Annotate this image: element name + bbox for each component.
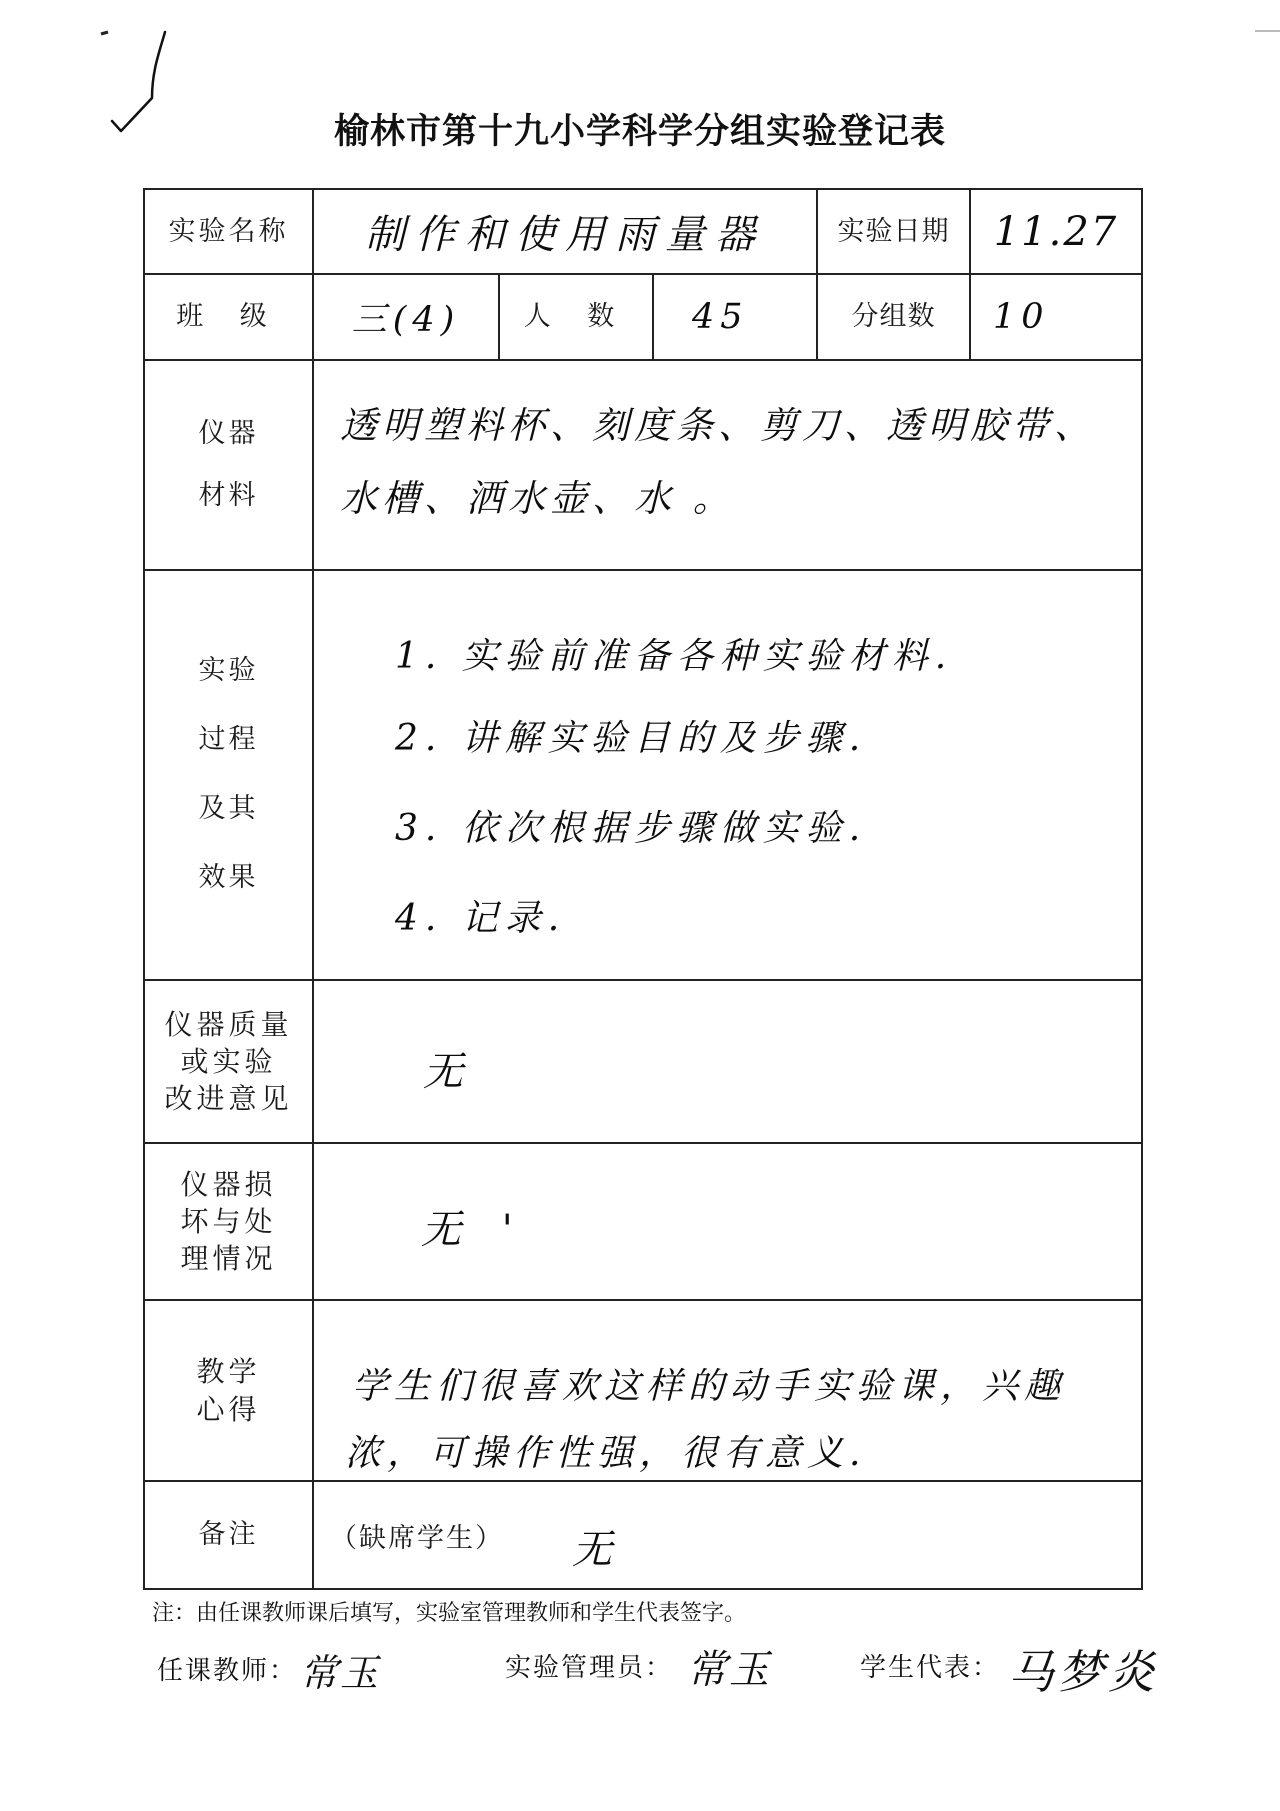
materials-label-line: 仪器 <box>199 403 259 465</box>
quality-label: 仪器质量 或实验 改进意见 <box>145 981 312 1142</box>
reflection-value-line1[interactable]: 学生们很喜欢这样的动手实验课，兴趣 <box>352 1358 1066 1409</box>
absent-students-value[interactable]: 无 <box>572 1518 612 1575</box>
experiment-name-value[interactable]: 制作和使用雨量器 <box>314 190 816 273</box>
quality-label-line: 仪器质量 <box>164 1006 292 1043</box>
process-label-line: 过程 <box>199 706 259 775</box>
damage-label: 仪器损 坏与处 理情况 <box>145 1144 312 1299</box>
footer-note: 注：由任课教师课后填写，实验室管理教师和学生代表签字。 <box>152 1596 746 1627</box>
class-value[interactable]: 三(4) <box>314 275 498 359</box>
process-step-2[interactable]: 2. 讲解实验目的及步骤. <box>395 710 867 761</box>
materials-label-line: 材料 <box>199 465 259 527</box>
reflection-value-line2[interactable]: 浓，可操作性强，很有意义. <box>345 1425 866 1476</box>
lab-admin-label: 实验管理员： <box>505 1647 673 1684</box>
groups-value[interactable]: 10 <box>971 275 1141 359</box>
damage-label-line: 坏与处 <box>180 1203 276 1240</box>
process-label: 实验 过程 及其 效果 <box>145 571 312 979</box>
student-rep-signature[interactable]: 马梦炎 <box>1008 1636 1158 1702</box>
process-label-line: 效果 <box>199 844 259 913</box>
materials-label: 仪器 材料 <box>145 361 312 569</box>
experiment-date-label: 实验日期 <box>818 190 969 273</box>
materials-value-line1[interactable]: 透明塑料杯、刻度条、剪刀、透明胶带、 <box>340 395 1096 449</box>
headcount-label: 人 数 <box>500 275 652 359</box>
groups-label: 分组数 <box>818 275 969 359</box>
quality-value[interactable]: 无 <box>423 1040 463 1097</box>
headcount-value[interactable]: 45 <box>654 275 816 359</box>
materials-value-line2[interactable]: 水槽、洒水壶、水 。 <box>340 468 735 522</box>
process-label-line: 及其 <box>199 775 259 844</box>
damage-value[interactable]: 无 ' <box>421 1198 527 1255</box>
page-title: 榆林市第十九小学科学分组实验登记表 <box>0 104 1280 154</box>
quality-label-line: 改进意见 <box>164 1080 292 1117</box>
damage-label-line: 仪器损 <box>180 1166 276 1203</box>
absent-students-label: （缺席学生） <box>330 1525 504 1552</box>
quality-label-line: 或实验 <box>180 1043 276 1080</box>
process-step-4[interactable]: 4. 记录. <box>395 890 566 941</box>
lab-admin-signature[interactable]: 常玉 <box>687 1638 771 1695</box>
experiment-name-label: 实验名称 <box>145 190 312 273</box>
reflection-label-line: 心得 <box>196 1391 260 1428</box>
process-step-3[interactable]: 3. 依次根据步骤做实验. <box>395 800 867 851</box>
student-rep-label: 学生代表： <box>860 1647 1000 1684</box>
remarks-label: 备注 <box>145 1482 312 1588</box>
teacher-label: 任课教师： <box>157 1650 297 1687</box>
process-step-1[interactable]: 1. 实验前准备各种实验材料. <box>395 628 953 679</box>
reflection-label-line: 教学 <box>196 1353 260 1390</box>
edge-mark <box>1255 30 1280 32</box>
column-divider <box>312 188 314 1590</box>
class-label: 班 级 <box>145 275 312 359</box>
damage-label-line: 理情况 <box>180 1240 276 1277</box>
teacher-signature[interactable]: 常玉 <box>300 1642 380 1697</box>
experiment-date-value[interactable]: 11.27 <box>971 190 1141 273</box>
table-border-right <box>1141 188 1143 1590</box>
process-label-line: 实验 <box>199 637 259 706</box>
table-border-bottom <box>143 1588 1143 1590</box>
reflection-label: 教学 心得 <box>145 1301 312 1480</box>
